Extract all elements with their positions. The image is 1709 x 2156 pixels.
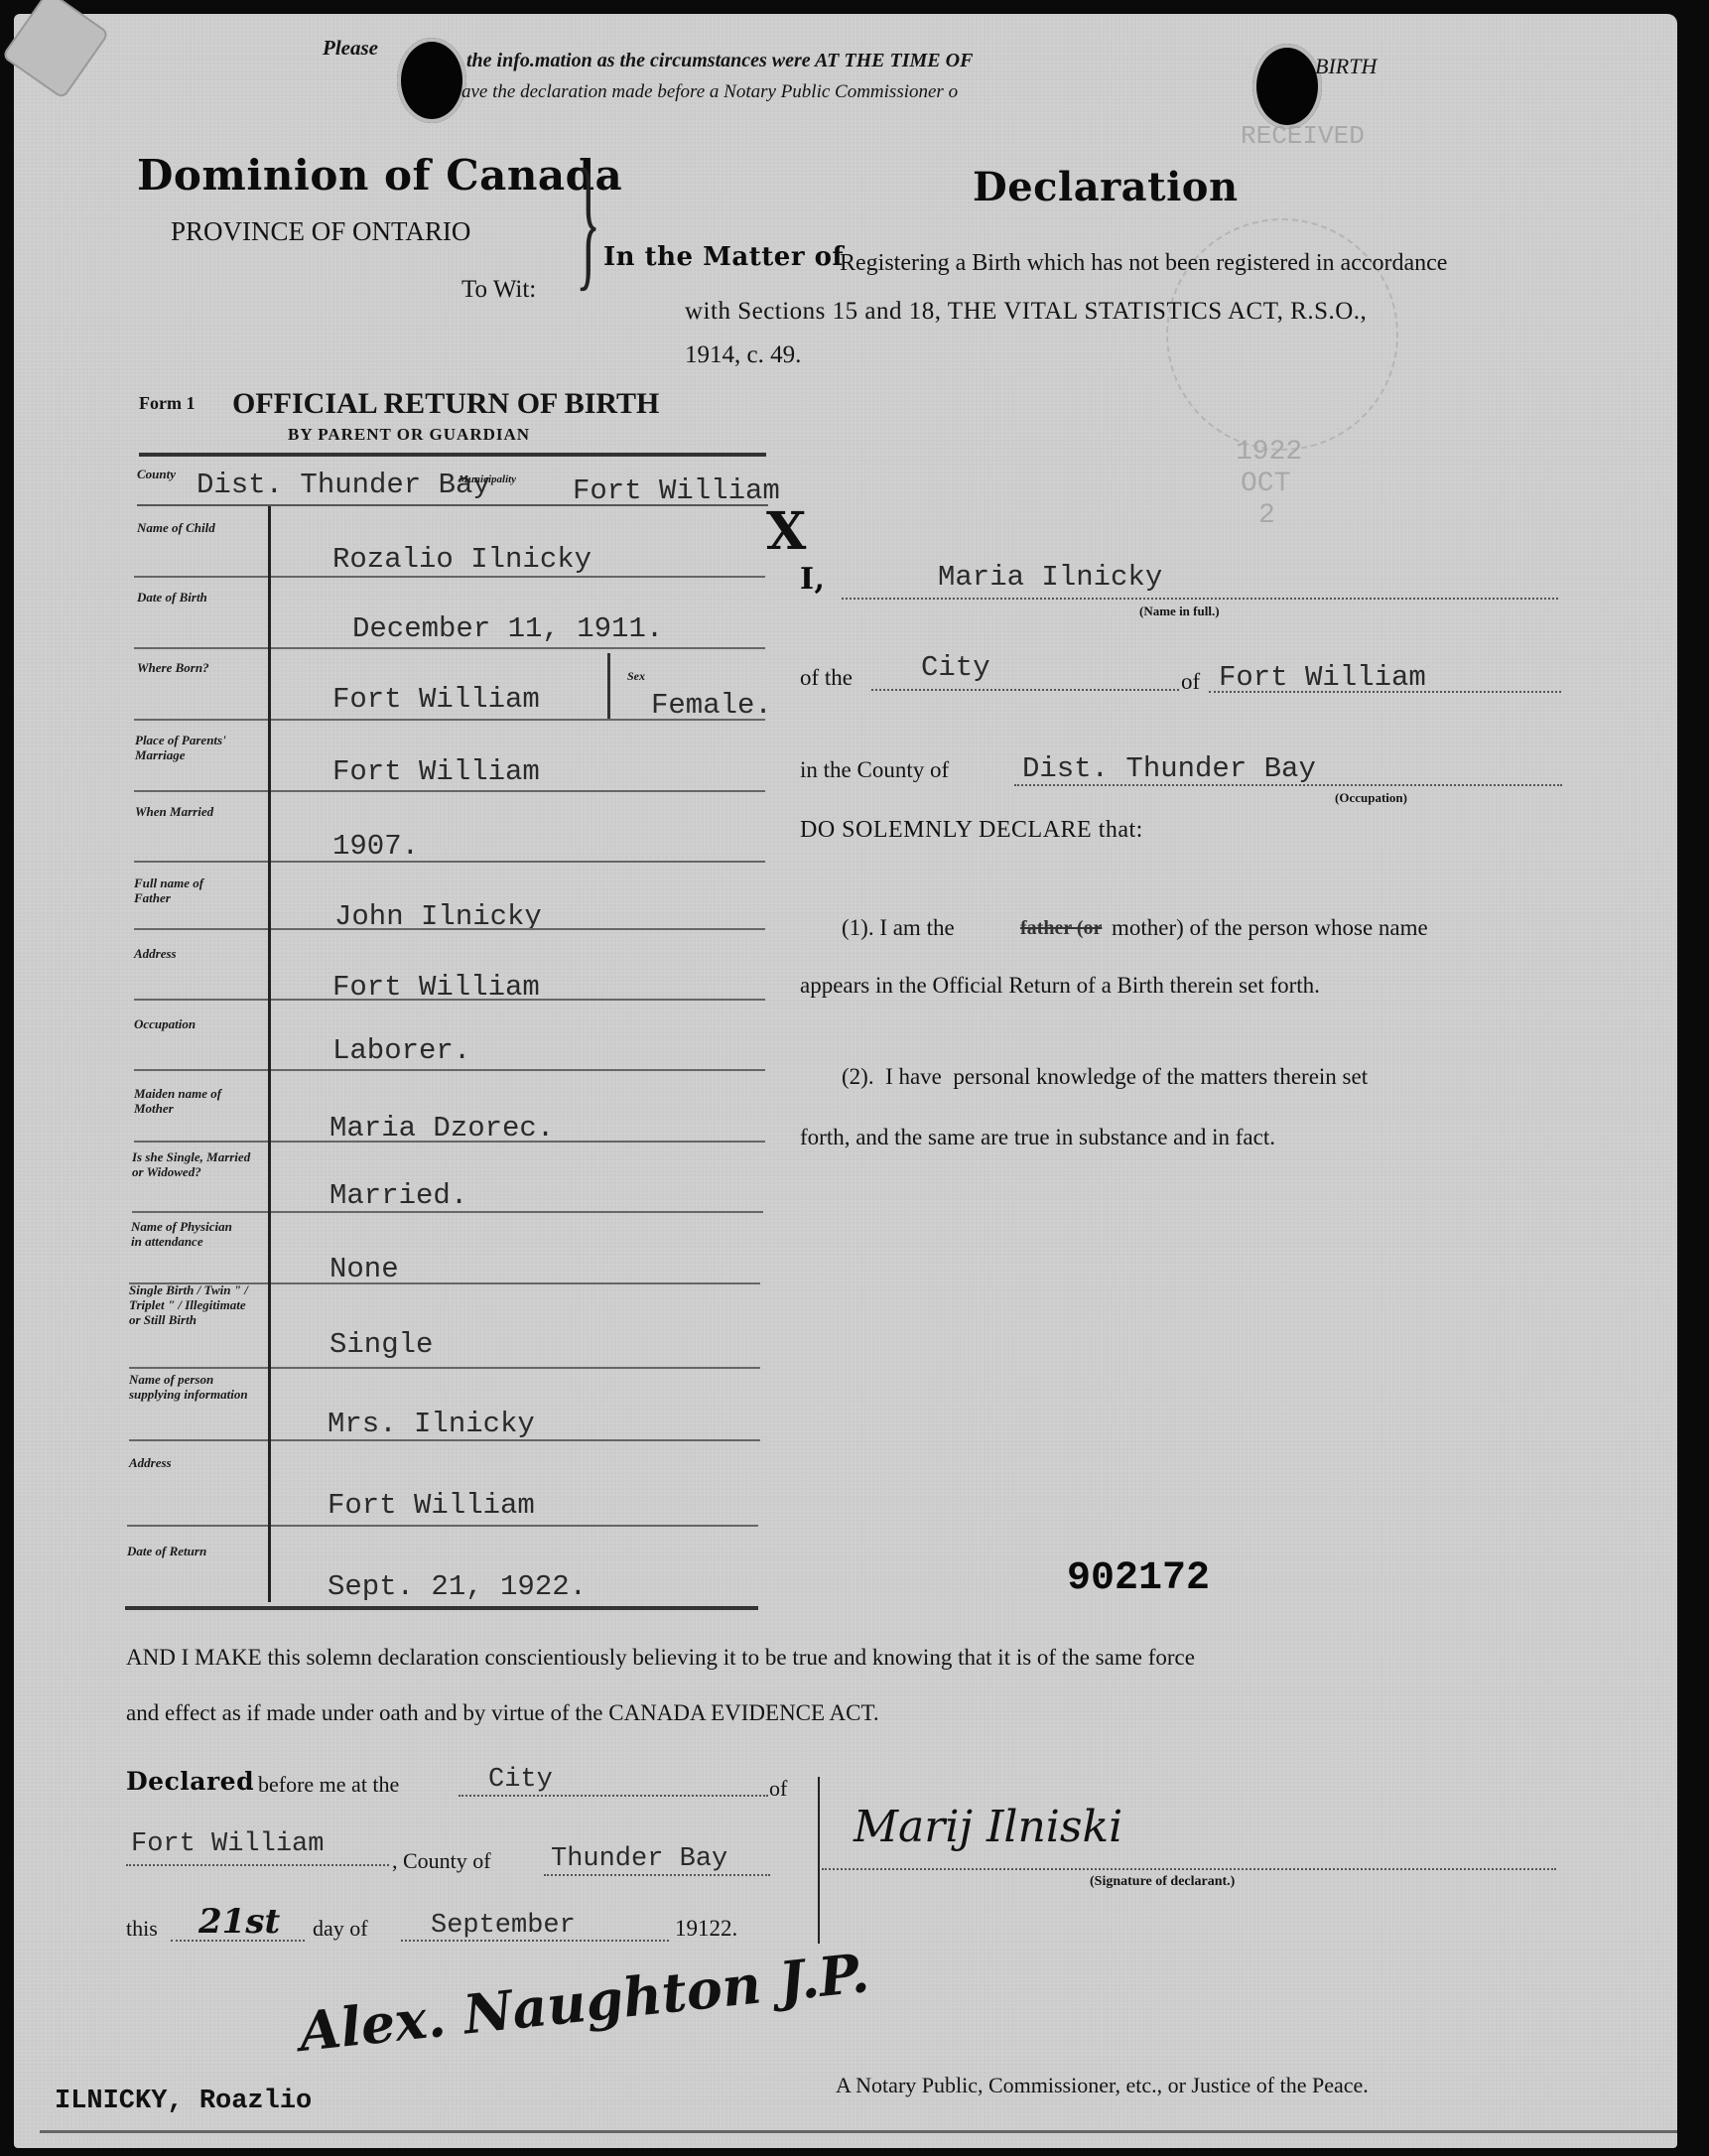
row-label-marital-status: Is she Single, Married or Widowed? — [132, 1149, 256, 1179]
declarant-x-mark: X — [766, 501, 806, 562]
row-rule — [134, 1069, 765, 1071]
row-label-physician: Name of Physician in attendance — [131, 1219, 240, 1249]
row-label-date-of-return: Date of Return — [127, 1544, 246, 1558]
jurat-place-name-line — [126, 1864, 389, 1866]
row-label-birth-type: Single Birth / Twin " / Triplet " / Ille… — [129, 1282, 248, 1327]
place-type-line — [871, 689, 1179, 691]
signature-caption: (Signature of declarant.) — [1090, 1874, 1235, 1890]
jurat-county: Thunder Bay — [551, 1844, 727, 1874]
row-rule — [129, 1282, 760, 1284]
row-label-informant: Name of person supplying information — [129, 1372, 248, 1402]
matter-line1: Registering a Birth which has not been r… — [840, 250, 1447, 277]
declarant-name-line — [842, 598, 1558, 600]
header-note-line2: ave the declaration made before a Notary… — [461, 81, 958, 103]
row-label-mother-maiden: Maiden name of Mother — [134, 1086, 263, 1116]
solemnly-declare: DO SOLEMNLY DECLARE that: — [800, 817, 1143, 844]
occupation-caption: (Occupation) — [1335, 790, 1407, 806]
punch-hole-right — [1252, 44, 1322, 129]
declared-label: Declared — [126, 1767, 254, 1796]
clause2-line2: forth, and the same are true in substanc… — [800, 1125, 1275, 1150]
row-label-when-married: When Married — [135, 804, 254, 819]
row-label-date-of-birth: Date of Birth — [137, 590, 256, 605]
declarant-county: Dist. Thunder Bay — [1022, 752, 1316, 785]
registration-number: 902172 — [1067, 1556, 1210, 1601]
row-rule — [132, 1211, 763, 1213]
province-label: PROVINCE OF ONTARIO — [171, 216, 470, 247]
sex-divider — [607, 653, 610, 719]
row-value-parents-marriage: Fort William — [332, 755, 540, 788]
row-value-occupation: Laborer. — [332, 1034, 470, 1067]
row-rule — [134, 576, 765, 578]
dominion-title: Dominion of Canada — [137, 151, 622, 200]
curly-brace: } — [576, 147, 600, 296]
row-label-father-name: Full name of Father — [134, 876, 243, 905]
clause1-lead: (1). I am the — [842, 915, 955, 941]
header-note-please: Please — [323, 36, 378, 61]
declarant-place-type: City — [921, 651, 990, 684]
row-value-physician: None — [329, 1253, 399, 1285]
clause1-rest: mother) of the person whose name — [1112, 915, 1428, 941]
name-caption: (Name in full.) — [1139, 604, 1220, 619]
closing-line2: and effect as if made under oath and by … — [126, 1700, 879, 1726]
stamp-month: OCT — [1241, 469, 1290, 499]
to-wit-label: To Wit: — [461, 276, 536, 304]
county-label: County — [137, 467, 176, 481]
of-the-label: of the — [800, 665, 853, 691]
county-line — [1014, 784, 1562, 786]
row-value-date-of-birth: December 11, 1911. — [352, 612, 663, 645]
row-value-marital-status: Married. — [329, 1179, 467, 1212]
clause1-line2: appears in the Official Return of a Birt… — [800, 973, 1320, 999]
row-label-occupation: Occupation — [134, 1016, 253, 1031]
county-rule — [137, 504, 768, 506]
day-line — [171, 1940, 305, 1942]
declaration-title: Declaration — [973, 164, 1239, 210]
jurat-of-label: of — [769, 1776, 787, 1802]
row-value-name-of-child: Rozalio Ilnicky — [332, 543, 592, 576]
clause1-struck-text: father (or — [1020, 917, 1102, 940]
row-rule — [134, 790, 765, 792]
jurat-bracket — [818, 1777, 820, 1944]
jurat-place-line — [459, 1795, 768, 1797]
county-value: Dist. Thunder Bay — [197, 469, 490, 501]
row-value-informant: Mrs. Ilnicky — [328, 1408, 535, 1440]
jurat-county-line — [544, 1874, 770, 1876]
jurat-month: September — [431, 1911, 576, 1941]
row-label-informant-address: Address — [129, 1455, 248, 1470]
row-rule — [134, 647, 765, 649]
form-title: OFFICIAL RETURN OF BIRTH — [232, 387, 659, 421]
page-bottom-edge — [40, 2130, 1677, 2133]
row-rule — [134, 861, 765, 863]
row-value-where-born: Fort William — [332, 683, 540, 716]
jurat-county-label: , County of — [392, 1848, 491, 1874]
row-value-when-married: 1907. — [332, 830, 419, 863]
closing-line1: AND I MAKE this solemn declaration consc… — [126, 1645, 1195, 1671]
declarant-name: Maria Ilnicky — [938, 561, 1162, 594]
row-value-date-of-return: Sept. 21, 1922. — [328, 1570, 587, 1603]
row-rule — [134, 999, 765, 1001]
in-county-label: in the County of — [800, 757, 949, 783]
signature-line — [822, 1868, 1556, 1870]
municipality-value: Fort William — [573, 474, 780, 507]
declarant-place-name: Fort William — [1219, 661, 1426, 694]
row-rule — [127, 1525, 758, 1527]
jurat-year: 19122. — [675, 1916, 737, 1942]
row-label-name-of-child: Name of Child — [137, 520, 256, 535]
declarant-i-label: I, — [800, 562, 825, 597]
row-label-where-born: Where Born? — [137, 660, 256, 675]
stamp-day: 2 — [1258, 500, 1275, 531]
row-rule — [134, 719, 765, 721]
row-value-informant-address: Fort William — [328, 1489, 535, 1522]
official-caption: A Notary Public, Commissioner, etc., or … — [836, 2073, 1369, 2098]
matter-lead: In the Matter of — [603, 242, 844, 272]
municipality-label: Municipality — [459, 472, 516, 487]
row-rule — [129, 1367, 760, 1369]
form-header-rule — [139, 453, 766, 457]
row-value-birth-type: Single — [329, 1328, 433, 1361]
index-label: ILNICKY, Roazlio — [55, 2087, 312, 2116]
stamp-year: 1922 — [1236, 437, 1302, 468]
header-note-line1: the info.mation as the circumstances wer… — [466, 50, 973, 72]
matter-line3: 1914, c. 49. — [685, 341, 801, 369]
received-stamp: RECEIVED — [1241, 121, 1365, 151]
sex-label: Sex — [627, 669, 645, 684]
before-me-label: before me at the — [258, 1772, 399, 1798]
sex-value: Female. — [651, 689, 772, 722]
month-line — [401, 1940, 669, 1942]
form-column-divider — [268, 506, 271, 1602]
header-note-birth: BIRTH — [1315, 54, 1377, 79]
of-label: of — [1181, 669, 1200, 695]
this-label: this — [126, 1916, 158, 1942]
row-rule — [134, 928, 765, 930]
jurat-day-value: 21st — [198, 1902, 280, 1942]
form-subtitle: BY PARENT OR GUARDIAN — [288, 425, 530, 445]
row-label-father-address: Address — [134, 946, 253, 961]
row-label-parents-marriage: Place of Parents' Marriage — [135, 733, 269, 762]
form-number: Form 1 — [139, 393, 195, 414]
day-of-label: day of — [313, 1916, 368, 1942]
place-name-line — [1209, 691, 1561, 693]
row-rule — [129, 1439, 760, 1441]
matter-line2: with Sections 15 and 18, THE VITAL STATI… — [685, 298, 1367, 326]
punch-hole-left — [397, 38, 466, 123]
jurat-place-type: City — [488, 1765, 553, 1795]
form-bottom-rule — [125, 1606, 758, 1610]
declarant-signature: Marij Ilniski — [854, 1802, 1122, 1852]
jurat-place-name: Fort William — [131, 1829, 324, 1859]
clause2-line1: (2). I have personal knowledge of the ma… — [842, 1064, 1368, 1090]
row-rule — [134, 1141, 765, 1143]
